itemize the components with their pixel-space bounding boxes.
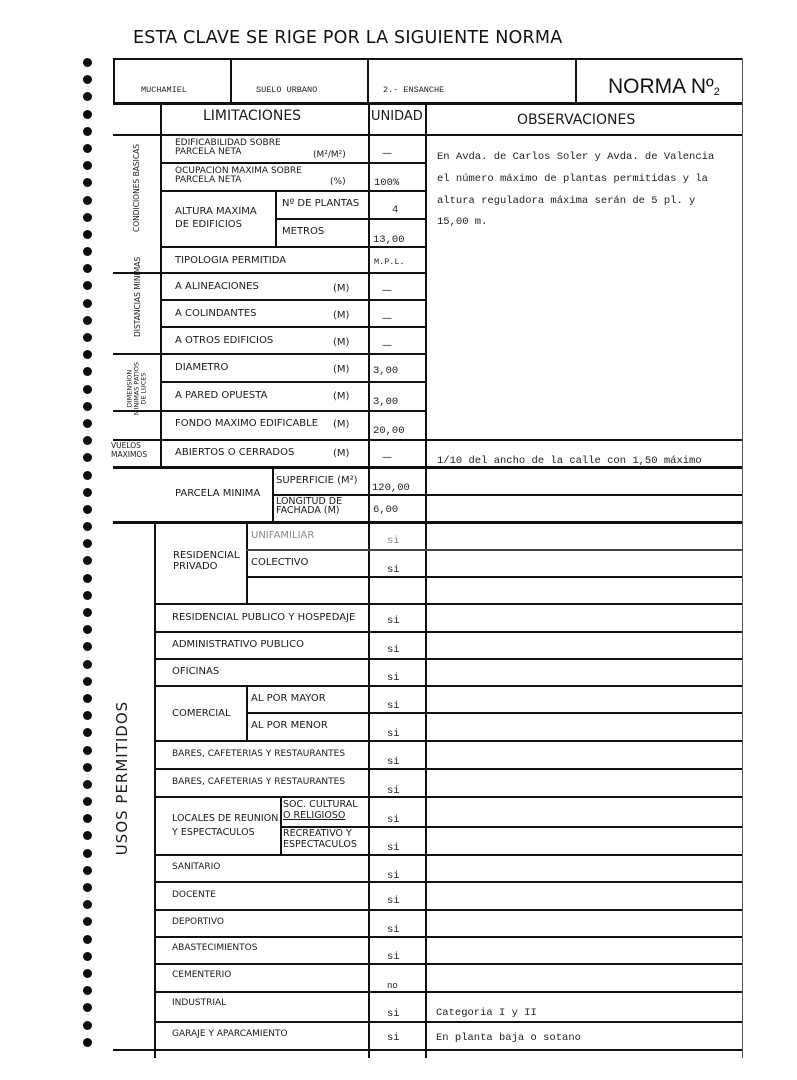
abastecimientos-label: ABASTECIMIENTOS — [172, 943, 257, 954]
colectivo-value: si — [387, 565, 400, 576]
zone: 2.- ENSANCHE — [383, 85, 444, 96]
plantas-value: 4 — [392, 205, 398, 216]
sanitario-value: si — [387, 871, 400, 882]
bares-1-value: si — [387, 757, 400, 768]
group-usos-permitidos: USOS PERMITIDOS — [114, 678, 130, 878]
industrial-label: INDUSTRIAL — [172, 998, 226, 1009]
vuelos-observation: 1/10 del ancho de la calle con 1,50 máxi… — [437, 456, 702, 467]
garaje-observation: En planta baja o sotano — [436, 1033, 581, 1044]
al-por-menor-label: AL POR MENOR — [251, 720, 328, 731]
column-header-unidad: UNIDAD — [371, 111, 423, 122]
alineaciones-label: A ALINEACIONES — [175, 281, 259, 292]
pared-opuesta-label: A PARED OPUESTA — [175, 390, 267, 401]
longitud-fachada-value: 6,00 — [373, 505, 398, 516]
bares-2-value: si — [387, 786, 400, 797]
unifamiliar-value: si — [387, 536, 400, 547]
fondo-value: 20,00 — [373, 426, 405, 437]
garaje-label: GARAJE Y APARCAMIENTO — [172, 1029, 288, 1040]
docente-value: si — [387, 896, 400, 907]
administrativo-value: si — [387, 645, 400, 656]
al-por-menor-value: si — [387, 729, 400, 740]
superficie-value: 120,00 — [372, 483, 410, 494]
alineaciones-value: — — [382, 285, 392, 296]
superficie-label: SUPERFICIE (M²) — [276, 475, 358, 486]
recreativo-value: si — [387, 843, 400, 854]
industrial-value: si — [387, 1009, 400, 1020]
residencial-privado-label: RESIDENCIAL — [173, 550, 239, 561]
parcela-minima-label: PARCELA MINIMA — [175, 488, 260, 499]
fondo-label: FONDO MAXIMO EDIFICABLE — [175, 418, 318, 429]
otros-edificios-value: — — [382, 340, 392, 351]
residencial-publico-label: RESIDENCIAL PUBLICO Y HOSPEDAJE — [172, 612, 355, 623]
cementerio-label: CEMENTERIO — [172, 970, 231, 981]
unifamiliar-label: UNIFAMILIAR — [251, 530, 314, 541]
column-header-observaciones: OBSERVACIONES — [517, 115, 635, 126]
administrativo-label: ADMINISTRATIVO PUBLICO — [172, 639, 304, 650]
comercial-label: COMERCIAL — [172, 708, 231, 719]
otros-edificios-label: A OTROS EDIFICIOS — [175, 335, 273, 346]
vuelos-value: — — [382, 452, 392, 463]
oficinas-label: OFICINAS — [172, 666, 219, 677]
industrial-observation: Categoria I y II — [436, 1008, 537, 1019]
edificabilidad-value: — — [382, 148, 392, 159]
ocupacion-value: 100% — [374, 178, 399, 189]
ocupacion-unit: (%) — [330, 177, 346, 188]
soc-cultural-value: si — [387, 815, 400, 826]
edificabilidad-unit: (M²/M²) — [313, 150, 346, 161]
tipologia-label: TIPOLOGIA PERMITIDA — [175, 255, 286, 266]
column-header-limitaciones: LIMITACIONES — [203, 111, 301, 122]
docente-label: DOCENTE — [172, 890, 216, 901]
abastecimientos-value: si — [387, 952, 400, 963]
sanitario-label: SANITARIO — [172, 862, 220, 873]
diametro-value: 3,00 — [373, 366, 398, 377]
norma-number-badge: NORMA Nº2 — [608, 75, 720, 99]
tipologia-value: M.P.L. — [374, 257, 405, 268]
group-dimension-patios: DIMENSION MINIMAS PATIOS DE LUCES — [127, 362, 148, 416]
municipality: MUCHAMIEL — [141, 85, 187, 96]
vuelos-label: ABIERTOS O CERRADOS — [175, 447, 294, 458]
oficinas-value: si — [387, 673, 400, 684]
pared-opuesta-value: 3,00 — [373, 397, 398, 408]
colectivo-label: COLECTIVO — [251, 557, 308, 568]
garaje-value: si — [387, 1033, 400, 1044]
cementerio-value: no — [387, 981, 398, 992]
residencial-publico-value: si — [387, 616, 400, 627]
group-condiciones-basicas: CONDICIONES BASICAS — [133, 160, 141, 232]
plantas-label: Nº DE PLANTAS — [282, 198, 359, 209]
deportivo-value: si — [387, 925, 400, 936]
metros-value: 13,00 — [373, 235, 405, 246]
diametro-label: DIAMETRO — [175, 362, 228, 373]
group-distancias-minimas: DISTANCIAS MINIMAS — [134, 285, 142, 337]
group-vuelos-maximos: VUELOS MAXIMOS — [111, 441, 155, 459]
altura-label: ALTURA MAXIMA — [175, 206, 257, 217]
bares-2-label: BARES, CAFETERIAS Y RESTAURANTES — [172, 777, 345, 788]
al-por-mayor-value: si — [387, 701, 400, 712]
colindantes-label: A COLINDANTES — [175, 308, 257, 319]
norma-form: MUCHAMIEL SUELO URBANO 2.- ENSANCHE NORM… — [0, 0, 797, 1080]
metros-label: METROS — [282, 226, 324, 237]
colindantes-value: — — [382, 313, 392, 324]
recreativo-label: RECREATIVO Y — [283, 829, 352, 839]
al-por-mayor-label: AL POR MAYOR — [251, 693, 326, 704]
bares-1-label: BARES, CAFETERIAS Y RESTAURANTES — [172, 749, 345, 760]
soc-cultural-label: SOC. CULTURAL — [283, 800, 358, 810]
locales-reunion-label: LOCALES DE REUNION — [172, 813, 278, 824]
land-class: SUELO URBANO — [256, 85, 317, 96]
deportivo-label: DEPORTIVO — [172, 917, 224, 928]
